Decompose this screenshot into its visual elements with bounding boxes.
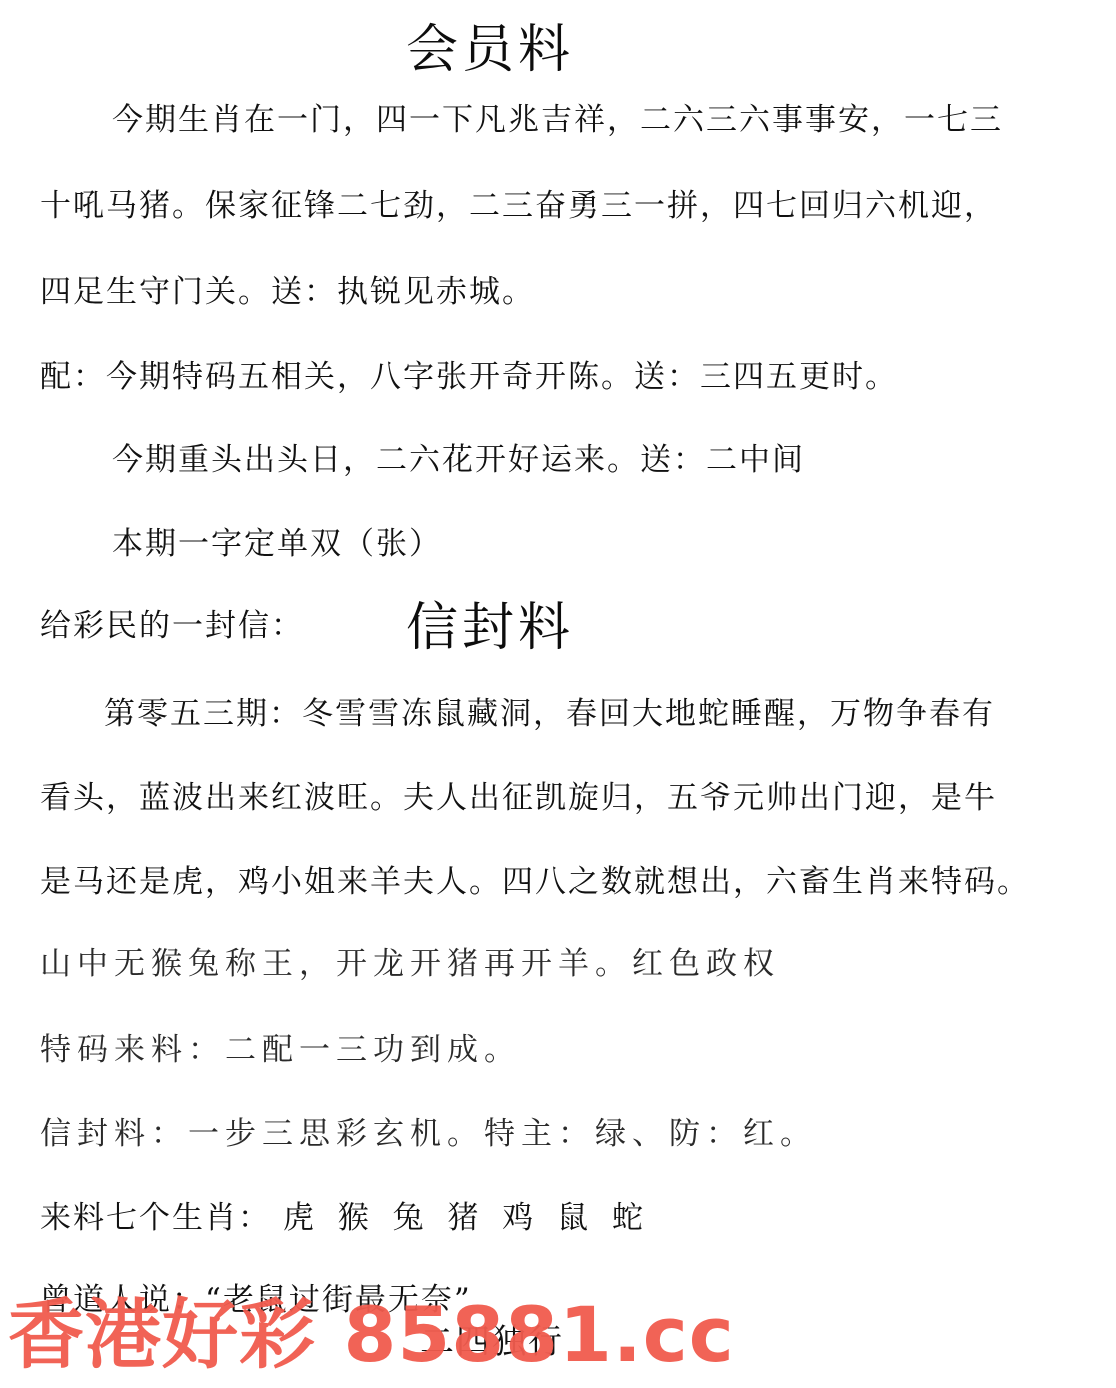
member-line-2: 十吼马猪。保家征锋二七劲，二三奋勇三一拼，四七回归六机迎， [40, 186, 997, 226]
document-page: 会员料 今期生肖在一门，四一下凡兆吉祥，二六三六事事安，一七三 十吼马猪。保家征… [0, 0, 1116, 1388]
envelope-line-4: 山中无猴兔称王，开龙开猪再开羊。红色政权 [40, 944, 780, 984]
seven-zodiac-label: 来料七个生肖： [40, 1200, 271, 1236]
zodiac-item: 蛇 [612, 1200, 643, 1236]
zodiac-item: 鼠 [557, 1200, 588, 1236]
envelope-material-title: 信封料 [406, 598, 574, 658]
zodiac-item: 猴 [338, 1200, 369, 1236]
zodiac-item: 虎 [283, 1200, 314, 1236]
envelope-line-3: 是马还是虎，鸡小姐来羊夫人。四八之数就想出，六畜生肖来特码。 [40, 862, 1030, 902]
zodiac-item: 兔 [393, 1200, 424, 1236]
zodiac-list: 虎 猴 兔 猪 鸡 鼠 蛇 [283, 1200, 643, 1236]
seven-zodiac-line: 来料七个生肖： 虎 猴 兔 猪 鸡 鼠 蛇 [40, 1198, 643, 1238]
zodiac-item: 鸡 [502, 1200, 533, 1236]
member-line-1: 今期生肖在一门，四一下凡兆吉祥，二六三六事事安，一七三 [112, 100, 1003, 140]
member-line-3: 四足生守门关。送：执锐见赤城。 [40, 272, 535, 312]
envelope-line-2: 看头，蓝波出来红波旺。夫人出征凯旋归，五爷元帅出门迎，是牛 [40, 778, 997, 818]
pei-label: 配： [40, 359, 106, 395]
xinfeng-liao-line: 信封料：一步三思彩玄机。特主：绿、防：红。 [40, 1114, 817, 1154]
pei-line: 配：今期特码五相关，八字张开奇开陈。送：三四五更时。 [40, 357, 898, 397]
envelope-line-1: 第零五三期：冬雪雪冻鼠藏洞，春回大地蛇睡醒，万物争春有 [104, 694, 995, 734]
member-material-title: 会员料 [406, 20, 574, 80]
pei-text: 今期特码五相关，八字张开奇开陈。送：三四五更时。 [106, 359, 898, 395]
chongtou-line: 今期重头出头日，二六花开好运来。送：二中间 [112, 440, 805, 480]
letter-intro-label: 给彩民的一封信： [40, 606, 304, 646]
danshuang-line: 本期一字定单双（张） [112, 524, 442, 564]
watermark-text: 香港好彩 85881.cc [8, 1290, 735, 1380]
zodiac-item: 猪 [447, 1200, 478, 1236]
tema-laoliao-line: 特码来料：二配一三功到成。 [40, 1030, 521, 1070]
